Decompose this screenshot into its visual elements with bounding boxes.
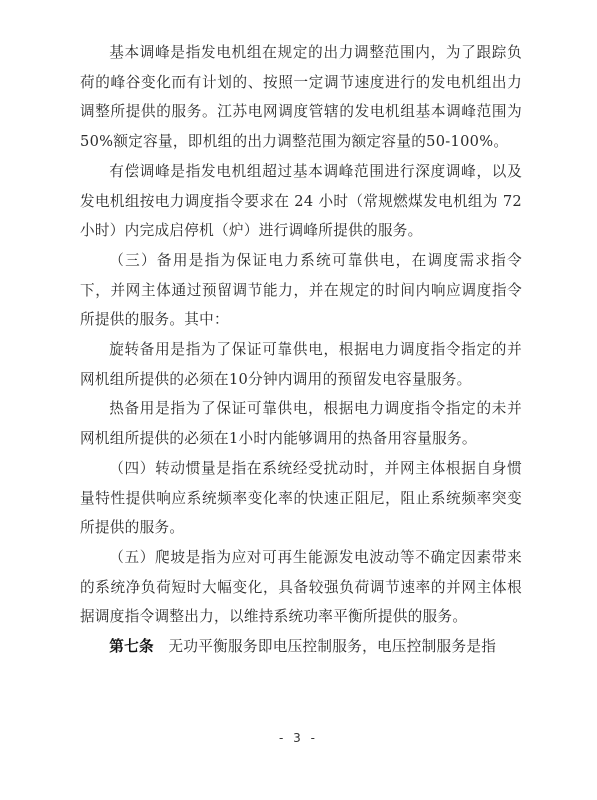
article-seven: 第七条无功平衡服务即电压控制服务，电压控制服务是指 bbox=[80, 632, 522, 662]
page-number: - 3 - bbox=[0, 731, 597, 745]
article-label: 第七条 bbox=[109, 638, 154, 655]
paragraph-spinning-reserve: 旋转备用是指为了保证可靠供电，根据电力调度指令指定的并网机组所提供的必须在10分… bbox=[80, 335, 522, 394]
paragraph-reserve: （三）备用是指为保证电力系统可靠供电，在调度需求指令下，并网主体通过预留调节能力… bbox=[80, 246, 522, 335]
paragraph-rotational-inertia: （四）转动惯量是指在系统经受扰动时，并网主体根据自身惯量特性提供响应系统频率变化… bbox=[80, 454, 522, 543]
article-text: 无功平衡服务即电压控制服务，电压控制服务是指 bbox=[168, 638, 496, 655]
document-page: 基本调峰是指发电机组在规定的出力调整范围内，为了跟踪负荷的峰谷变化而有计划的、按… bbox=[80, 38, 522, 662]
paragraph-ramping: （五）爬坡是指为应对可再生能源发电波动等不确定因素带来的系统净负荷短时大幅变化，… bbox=[80, 543, 522, 632]
paragraph-basic-peak-regulation: 基本调峰是指发电机组在规定的出力调整范围内，为了跟踪负荷的峰谷变化而有计划的、按… bbox=[80, 38, 522, 157]
paragraph-hot-reserve: 热备用是指为了保证可靠供电，根据电力调度指令指定的未并网机组所提供的必须在1小时… bbox=[80, 394, 522, 453]
paragraph-paid-peak-regulation: 有偿调峰是指发电机组超过基本调峰范围进行深度调峰，以及发电机组按电力调度指令要求… bbox=[80, 157, 522, 246]
